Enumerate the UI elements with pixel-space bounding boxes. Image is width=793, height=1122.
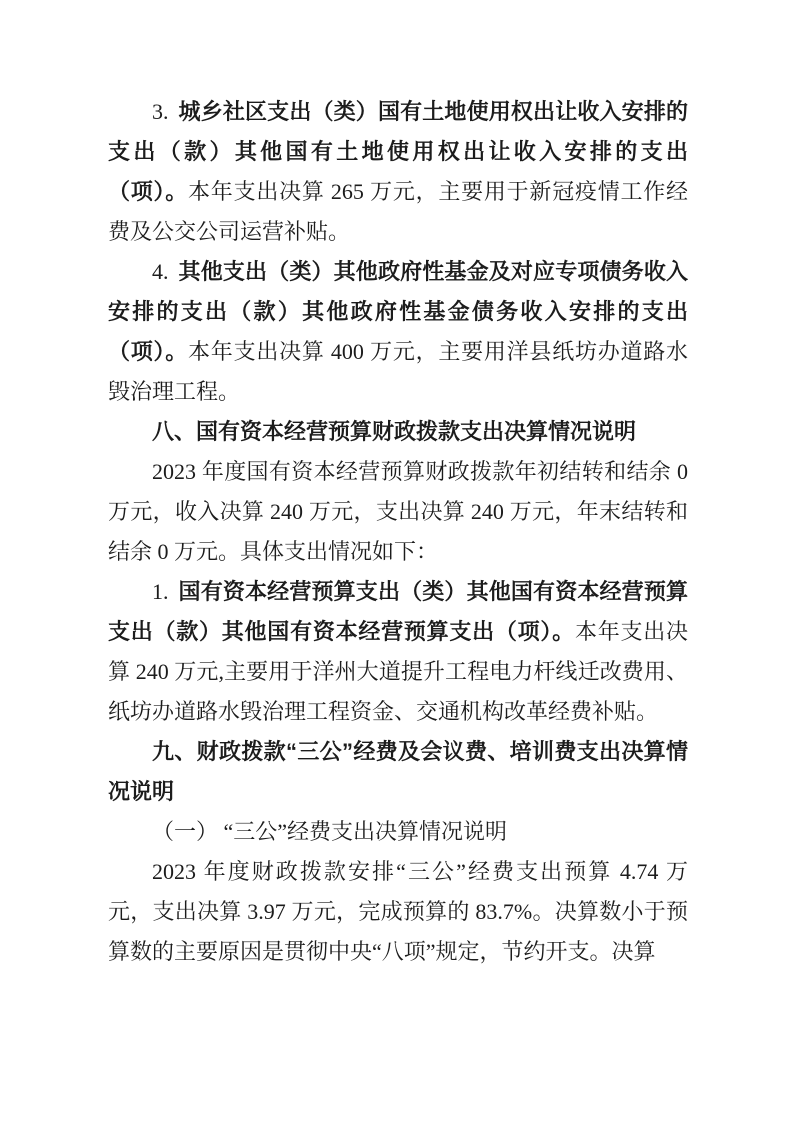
section-heading-9: 九、财政拨款“三公”经费及会议费、培训费支出决算情况说明 [108, 732, 688, 812]
item-number: 1. [152, 579, 169, 604]
paragraph-item-3: 3.城乡社区支出（类）国有土地使用权出让收入安排的支出（款）其他国有土地使用权出… [108, 92, 688, 252]
paragraph-item-4: 4.其他支出（类）其他政府性基金及对应专项债务收入安排的支出（款）其他政府性基金… [108, 252, 688, 412]
item-number: 3. [152, 99, 169, 124]
body-paragraph: 2023 年度财政拨款安排“三公”经费支出预算 4.74 万元，支出决算 3.9… [108, 852, 688, 972]
item-body-text: 本年支出决算 400 万元，主要用洋县纸坊办道路水毁治理工程。 [108, 339, 688, 404]
subsection-heading: （一） “三公”经费支出决算情况说明 [108, 812, 688, 852]
body-paragraph: 2023 年度国有资本经营预算财政拨款年初结转和结余 0 万元，收入决算 240… [108, 452, 688, 572]
paragraph-item-1: 1.国有资本经营预算支出（类）其他国有资本经营预算支出（款）其他国有资本经营预算… [108, 572, 688, 732]
document-page: 3.城乡社区支出（类）国有土地使用权出让收入安排的支出（款）其他国有土地使用权出… [0, 0, 793, 1122]
section-heading-8: 八、国有资本经营预算财政拨款支出决算情况说明 [108, 412, 688, 452]
item-body-text: 本年支出决算 265 万元，主要用于新冠疫情工作经费及公交公司运营补贴。 [108, 179, 688, 244]
document-content: 3.城乡社区支出（类）国有土地使用权出让收入安排的支出（款）其他国有土地使用权出… [108, 92, 688, 972]
item-number: 4. [152, 259, 169, 284]
